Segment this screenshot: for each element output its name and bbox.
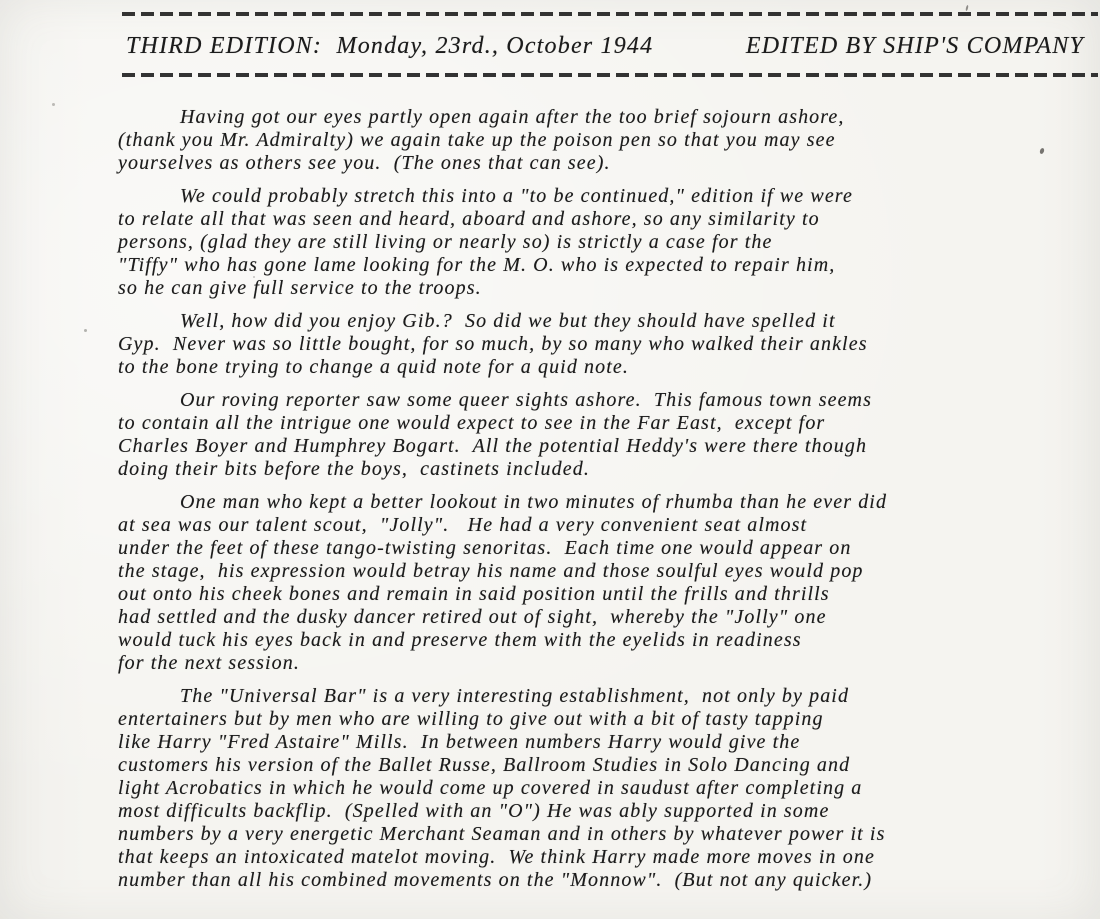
text-line: the stage, his expression would betray h… [118, 560, 1023, 583]
paragraph: Well, how did you enjoy Gib.? So did we … [118, 310, 1023, 379]
text-line: out onto his cheek bones and remain in s… [118, 583, 1023, 606]
scan-speck [1039, 147, 1045, 154]
article-body: Having got our eyes partly open again af… [118, 106, 1023, 902]
text-line: One man who kept a better lookout in two… [118, 491, 1023, 514]
text-line: doing their bits before the boys, castin… [118, 458, 1023, 481]
text-line: yourselves as others see you. (The ones … [118, 152, 1023, 175]
text-line: for the next session. [118, 652, 1023, 675]
text-line: entertainers but by men who are willing … [118, 708, 1023, 731]
text-line: had settled and the dusky dancer retired… [118, 606, 1023, 629]
text-line: Having got our eyes partly open again af… [118, 106, 1023, 129]
paragraph: Our roving reporter saw some queer sight… [118, 389, 1023, 481]
text-line: most difficults backflip. (Spelled with … [118, 800, 1023, 823]
text-line: would tuck his eyes back in and preserve… [118, 629, 1023, 652]
masthead-row: THIRD EDITION: Monday, 23rd., October 19… [122, 33, 1098, 60]
text-line: to the bone trying to change a quid note… [118, 356, 1023, 379]
dashed-rule-bottom [122, 73, 1098, 77]
text-line: "Tiffy" who has gone lame looking for th… [118, 254, 1023, 277]
scanned-newsletter-page: THIRD EDITION: Monday, 23rd., October 19… [0, 0, 1100, 919]
text-line: number than all his combined movements o… [118, 869, 1023, 892]
dashed-rule-top [122, 12, 1098, 16]
text-line: customers his version of the Ballet Russ… [118, 754, 1023, 777]
text-line: numbers by a very energetic Merchant Sea… [118, 823, 1023, 846]
text-line: Charles Boyer and Humphrey Bogart. All t… [118, 435, 1023, 458]
paragraph: The "Universal Bar" is a very interestin… [118, 685, 1023, 892]
text-line: Well, how did you enjoy Gib.? So did we … [118, 310, 1023, 333]
scan-speck [253, 276, 255, 278]
editor-credit: EDITED BY SHIP'S COMPANY [746, 33, 1098, 60]
paragraph: One man who kept a better lookout in two… [118, 491, 1023, 675]
text-line: persons, (glad they are still living or … [118, 231, 1023, 254]
text-line: at sea was our talent scout, "Jolly". He… [118, 514, 1023, 537]
text-line: (thank you Mr. Admiralty) we again take … [118, 129, 1023, 152]
edition-and-date: THIRD EDITION: Monday, 23rd., October 19… [122, 33, 653, 60]
scan-speck [965, 5, 968, 11]
text-line: Our roving reporter saw some queer sight… [118, 389, 1023, 412]
text-line: Gyp. Never was so little bought, for so … [118, 333, 1023, 356]
scan-speck [84, 329, 87, 332]
text-line: that keeps an intoxicated matelot moving… [118, 846, 1023, 869]
text-line: light Acrobatics in which he would come … [118, 777, 1023, 800]
paragraph: We could probably stretch this into a "t… [118, 185, 1023, 300]
text-line: to relate all that was seen and heard, a… [118, 208, 1023, 231]
text-line: The "Universal Bar" is a very interestin… [118, 685, 1023, 708]
text-line: We could probably stretch this into a "t… [118, 185, 1023, 208]
text-line: to contain all the intrigue one would ex… [118, 412, 1023, 435]
text-line: so he can give full service to the troop… [118, 277, 1023, 300]
scan-speck [52, 103, 55, 106]
text-line: like Harry "Fred Astaire" Mills. In betw… [118, 731, 1023, 754]
text-line: under the feet of these tango-twisting s… [118, 537, 1023, 560]
paragraph: Having got our eyes partly open again af… [118, 106, 1023, 175]
